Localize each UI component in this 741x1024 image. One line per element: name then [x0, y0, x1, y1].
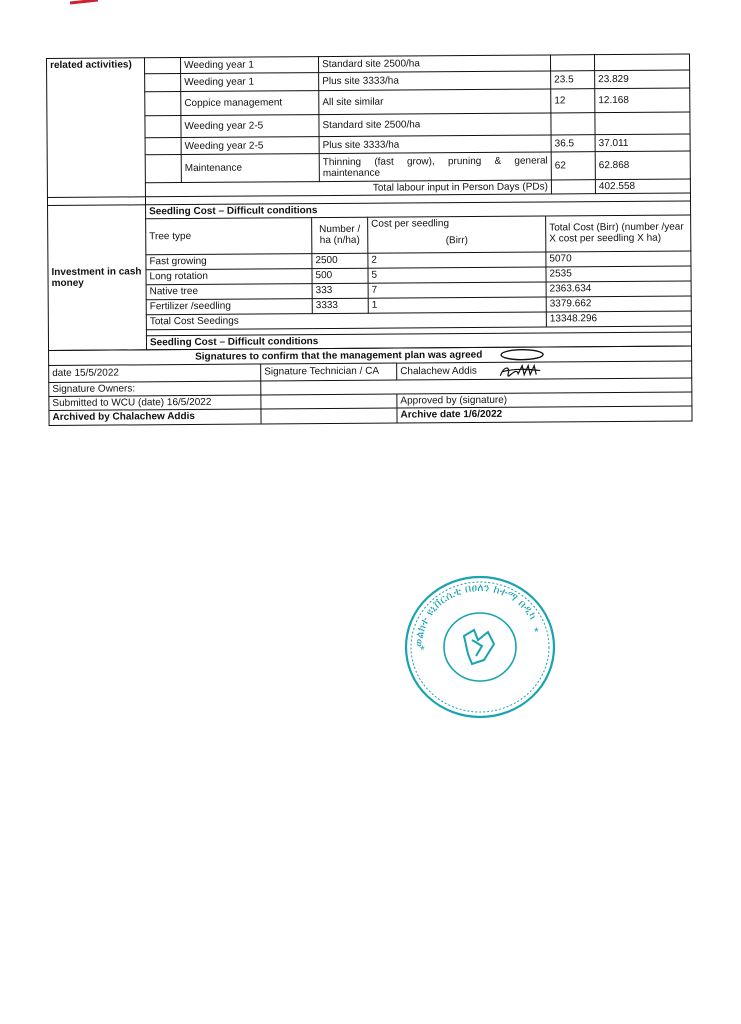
header-cost: Cost per seedling (Birr)	[368, 216, 546, 253]
person-days: 23.5	[551, 71, 595, 89]
red-mark	[70, 0, 98, 4]
activity: Weeding year 1	[181, 57, 319, 74]
activity: Weeding year 2-5	[181, 137, 319, 155]
number: 500	[312, 268, 368, 283]
activity: Maintenance	[181, 154, 319, 183]
technician-name: Chalachew Addis	[397, 360, 692, 379]
person-days	[550, 55, 594, 71]
total: 5070	[546, 251, 691, 267]
number: 2500	[312, 253, 368, 268]
person-days	[551, 113, 595, 135]
cost: 7	[368, 282, 546, 298]
value	[595, 112, 690, 135]
header-number: Number / ha (n/ha)	[312, 217, 368, 253]
number: 333	[312, 283, 368, 298]
signatures-table: Signatures to confirm that the managemen…	[48, 345, 693, 425]
scanned-page: related activities) Weeding year 1 Stand…	[0, 0, 741, 1024]
activity: Coppice management	[181, 91, 319, 116]
person-days: 62	[551, 152, 595, 180]
value: 37.011	[595, 134, 690, 152]
technician-label: Signature Technician / CA	[261, 363, 397, 381]
cost: 5	[368, 267, 546, 283]
site: All site similar	[319, 89, 551, 115]
tree-type: Long rotation	[146, 268, 312, 284]
labour-total-value: 402.558	[595, 179, 690, 194]
value: 12.168	[595, 88, 690, 113]
plan-date: date 15/5/2022	[49, 364, 261, 382]
site: Standard site 2500/ha	[318, 55, 550, 73]
total: 3379.662	[546, 296, 691, 312]
seedling-table: Investment in cash money Seedling Cost –…	[47, 200, 692, 350]
number: 3333	[312, 298, 368, 313]
activity: Weeding year 1	[181, 73, 319, 92]
signature-oval-icon	[499, 348, 545, 360]
labour-section-label: related activities)	[47, 58, 146, 198]
signature-scribble-icon	[498, 363, 542, 377]
header-total: Total Cost (Birr) (number /year X cost p…	[546, 215, 691, 252]
person-days: 12	[551, 89, 595, 113]
official-stamp-icon: ወልክተ ዩኒቨርሲቲ በፀለን ከተማ በዲካ * *	[402, 574, 558, 720]
tree-type: Fertilizer /seedling	[146, 298, 312, 314]
cost: 2	[368, 252, 546, 268]
svg-text:*: *	[420, 643, 425, 657]
archive-date: Archive date 1/6/2022	[397, 405, 692, 422]
cash-section-label: Investment in cash money	[48, 204, 147, 350]
main-table: related activities) Weeding year 1 Stand…	[46, 54, 691, 206]
tree-type: Native tree	[146, 283, 312, 299]
value: 62.868	[595, 151, 690, 180]
header-tree-type: Tree type	[146, 217, 312, 254]
site: Standard site 2500/ha	[319, 113, 551, 137]
owners-label: Signature Owners:	[49, 381, 261, 396]
archived-by: Archived by Chalachew Addis	[49, 409, 261, 425]
submitted-date: Submitted to WCU (date) 16/5/2022	[49, 395, 261, 410]
site: Thinning (fast grow), pruning & general …	[319, 152, 551, 182]
person-days: 36.5	[551, 135, 595, 152]
tree-type: Fast growing	[146, 253, 312, 269]
site: Plus site 3333/ha	[319, 71, 551, 91]
management-plan-form: related activities) Weeding year 1 Stand…	[46, 54, 692, 426]
total: 2363.634	[546, 281, 691, 297]
cost: 1	[368, 297, 546, 313]
svg-text:ወልክተ ዩኒቨርሲቲ በፀለን ከተማ በዲካ: ወልክተ ዩኒቨርሲቲ በፀለን ከተማ በዲካ	[412, 581, 540, 647]
activity: Weeding year 2-5	[181, 115, 319, 138]
total: 2535	[546, 266, 691, 282]
svg-text:*: *	[534, 625, 539, 639]
value	[594, 54, 689, 71]
value: 23.829	[595, 70, 690, 89]
seedling-total-value: 13348.296	[546, 311, 691, 327]
site: Plus site 3333/ha	[319, 135, 551, 154]
